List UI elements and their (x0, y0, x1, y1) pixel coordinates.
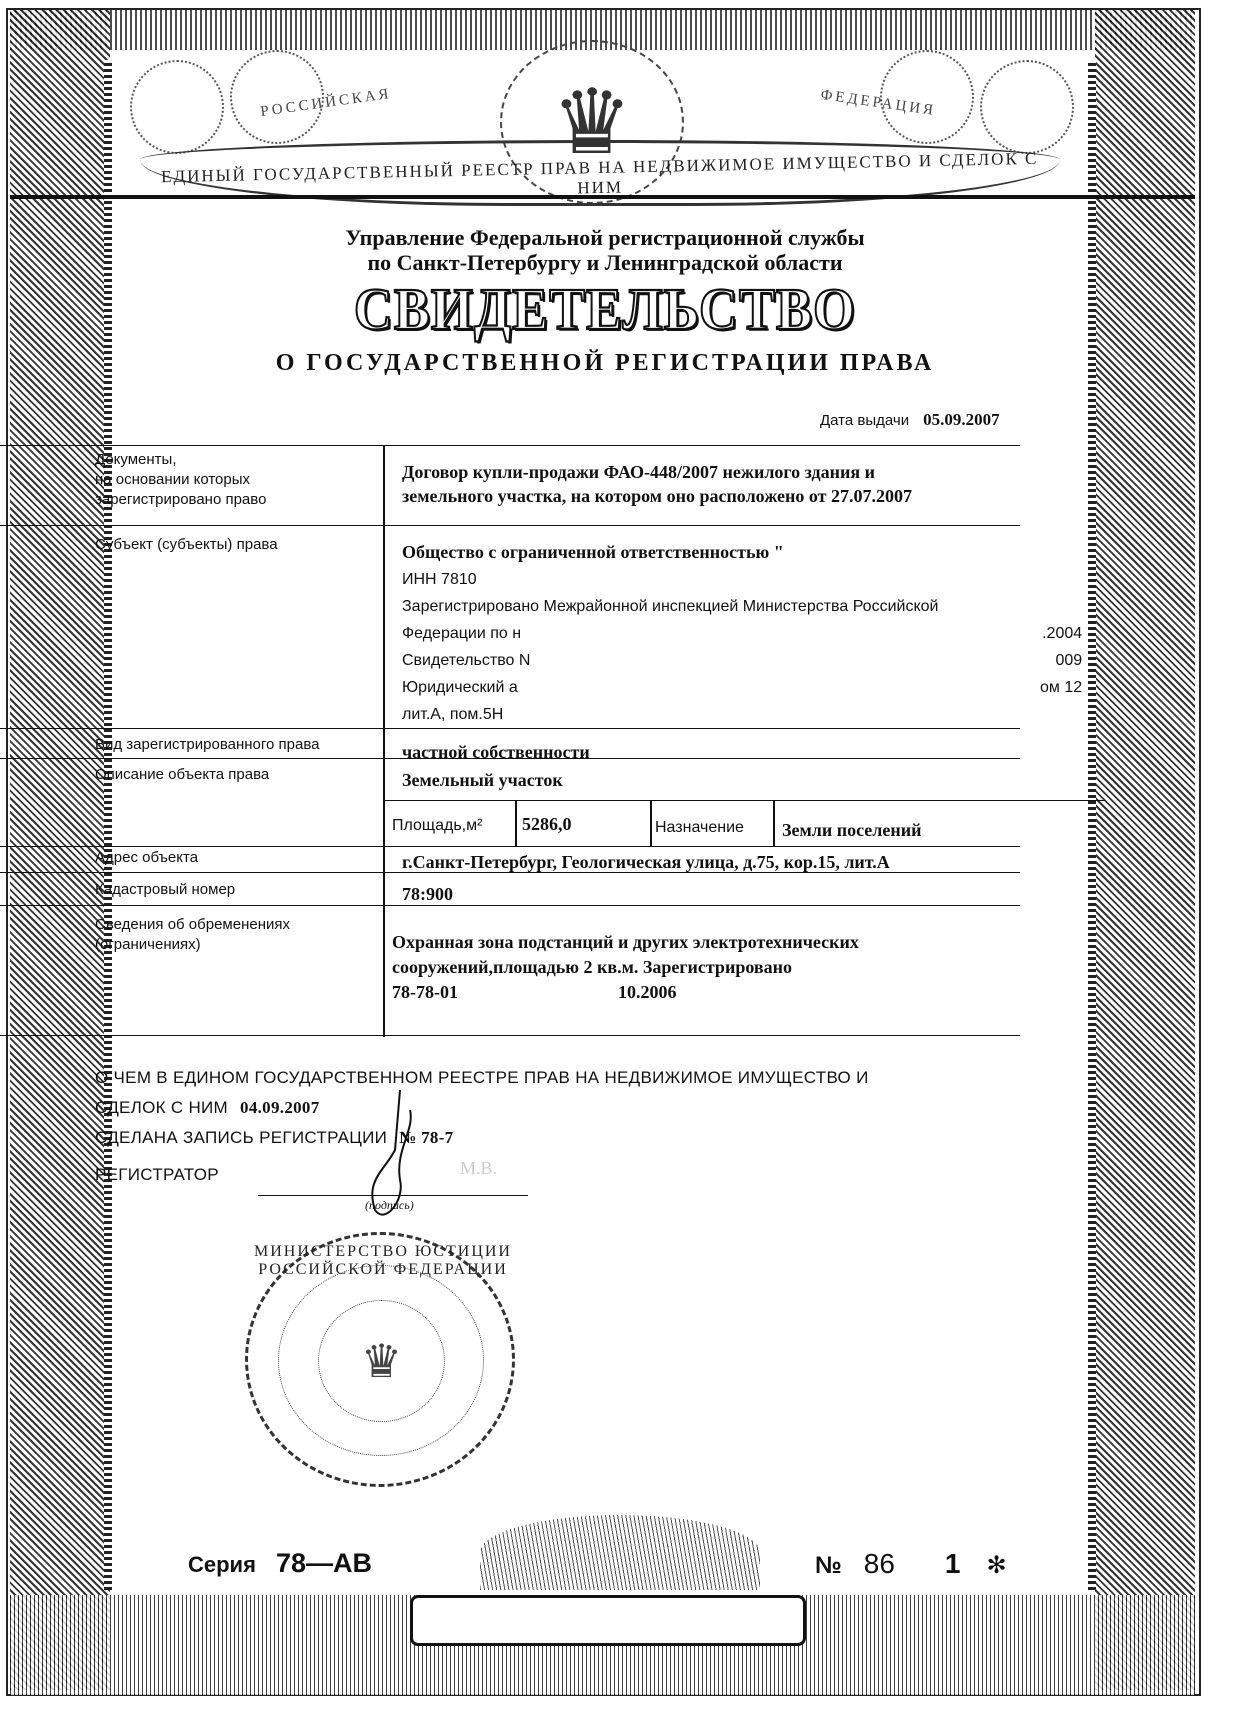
registration-text: СДЕЛОК С НИМ (95, 1098, 228, 1117)
series-value: 78—АВ (276, 1548, 372, 1578)
address-label: Адрес объекта (95, 848, 198, 868)
swirl-ornament (130, 60, 224, 154)
subgrid-divider (773, 800, 775, 846)
table-rule (0, 525, 1020, 526)
label-line: зарегистрировано право (95, 490, 266, 510)
document-subtitle: О ГОСУДАРСТВЕННОЙ РЕГИСТРАЦИИ ПРАВА (150, 350, 1060, 377)
registrar-label: РЕГИСТРАТОР (95, 1165, 219, 1185)
subject-name: Общество с ограниченной ответственностью… (402, 540, 784, 564)
value-line: земельного участка, на котором оно распо… (402, 484, 912, 508)
ornament-right (1095, 10, 1195, 1690)
document-title: СВИДЕТЕЛЬСТВО (150, 275, 1060, 343)
registration-date: 04.09.2007 (240, 1098, 320, 1117)
official-seal: МИНИСТЕРСТВО ЮСТИЦИИ РОССИЙСКОЙ ФЕДЕРАЦИ… (245, 1232, 515, 1487)
certificate-page: РОССИЙСКАЯ ФЕДЕРАЦИЯ ♛ ЕДИНЫЙ ГОСУДАРСТВ… (0, 0, 1239, 1713)
subject-line: ИНН 7810 (402, 566, 938, 593)
subject-line: Федерации по н (402, 620, 938, 647)
label-line: (ограничениях) (95, 935, 290, 955)
asterisk-icon: ✻ (987, 1552, 1007, 1579)
area-label: Площадь,м² (392, 814, 482, 838)
authority-line-1: Управление Федеральной регистрационной с… (150, 225, 1060, 250)
issue-date-label: Дата выдачи (820, 412, 909, 429)
issue-date-block: Дата выдачи05.09.2007 (820, 410, 1000, 430)
object-label: Описание объекта права (95, 765, 269, 785)
object-value: Земельный участок (402, 768, 563, 792)
subject-fragment: 009 (1040, 647, 1082, 674)
authority-line-2: по Санкт-Петербургу и Ленинградской обла… (150, 250, 1060, 275)
issue-date-value: 05.09.2007 (923, 410, 1000, 429)
series-label: Серия (188, 1552, 256, 1577)
subject-label: Субъект (субъекты) права (95, 535, 278, 555)
subject-fragments: .2004 009 ом 12 (1040, 620, 1082, 701)
subgrid-divider (515, 800, 517, 846)
value-line: Договор купли-продажи ФАО-448/2007 нежил… (402, 460, 912, 484)
subject-fragment: .2004 (1040, 620, 1082, 647)
table-rule (0, 905, 1020, 906)
record-date: 10.2006 (618, 982, 677, 1002)
subject-line: лит.А, пом.5Н (402, 701, 938, 728)
subject-line: Юридический а (402, 674, 938, 701)
registration-line-1: О ЧЕМ В ЕДИНОМ ГОСУДАРСТВЕННОМ РЕЕСТРЕ П… (95, 1068, 869, 1088)
label-line: Документы, (95, 450, 266, 470)
series-block: Серия78—АВ (188, 1548, 372, 1579)
registration-line-2: СДЕЛОК С НИМ04.09.2007 (95, 1098, 320, 1118)
subject-fragment: ом 12 (1040, 674, 1082, 701)
subject-details: ИНН 7810 Зарегистрировано Межрайонной ин… (402, 566, 938, 728)
chain-border-right (1088, 60, 1096, 1590)
swirl-ornament (980, 60, 1074, 154)
purpose-label: Назначение (655, 816, 744, 840)
subject-line: Свидетельство N (402, 647, 938, 674)
issuing-authority: Управление Федеральной регистрационной с… (150, 225, 1060, 275)
right-type-label: Вид зарегистрированного права (95, 735, 320, 755)
table-rule (0, 846, 1020, 847)
cadastral-label: Кадастровый номер (95, 880, 235, 900)
serial-number: №861✻ (815, 1548, 1007, 1580)
bottom-scroll-ornament (410, 1595, 806, 1646)
serial-part-1: 86 (864, 1548, 895, 1579)
documents-value: Договор купли-продажи ФАО-448/2007 нежил… (402, 460, 912, 508)
table-rule (0, 445, 1020, 446)
label-line: на основании которых (95, 470, 266, 490)
subject-line: Зарегистрировано Межрайонной инспекцией … (402, 593, 938, 620)
value-line: Охранная зона подстанций и других электр… (392, 930, 859, 955)
address-value: г.Санкт-Петербург, Геологическая улица, … (402, 850, 890, 874)
table-column-divider (383, 445, 385, 1037)
table-rule (0, 728, 1020, 729)
subgrid-divider (650, 800, 652, 846)
area-value: 5286,0 (522, 812, 572, 836)
purpose-value: Земли поселений (782, 818, 922, 842)
cadastral-value: 78:900 (402, 882, 453, 906)
record-prefix: 78-78-01 (392, 982, 458, 1002)
serial-part-2: 1 (945, 1548, 961, 1579)
label-line: Сведения об обременениях (95, 915, 290, 935)
registrar-name: М.В. (460, 1158, 497, 1179)
registration-text: СДЕЛАНА ЗАПИСЬ РЕГИСТРАЦИИ (95, 1128, 387, 1147)
subgrid-rule (385, 800, 1105, 801)
documents-label: Документы, на основании которых зарегист… (95, 450, 266, 510)
scan-line (10, 195, 1195, 199)
signature-icon (355, 1090, 435, 1230)
eagle-seal-icon: ♛ (318, 1300, 445, 1422)
number-sign: № (815, 1552, 842, 1579)
encumbrance-value: Охранная зона подстанций и других электр… (392, 930, 859, 1005)
encumbrance-label: Сведения об обременениях (ограничениях) (95, 915, 290, 955)
bottom-crest-ornament (480, 1515, 760, 1590)
table-rule (0, 1035, 1020, 1036)
value-line: 78-78-0110.2006 (392, 980, 859, 1005)
value-line: сооружений,площадью 2 кв.м. Зарегистриро… (392, 955, 859, 980)
chain-border-left (104, 60, 112, 1590)
header-banner: РОССИЙСКАЯ ФЕДЕРАЦИЯ ♛ ЕДИНЫЙ ГОСУДАРСТВ… (120, 40, 1080, 210)
right-type-value: частной собственности (402, 740, 590, 764)
